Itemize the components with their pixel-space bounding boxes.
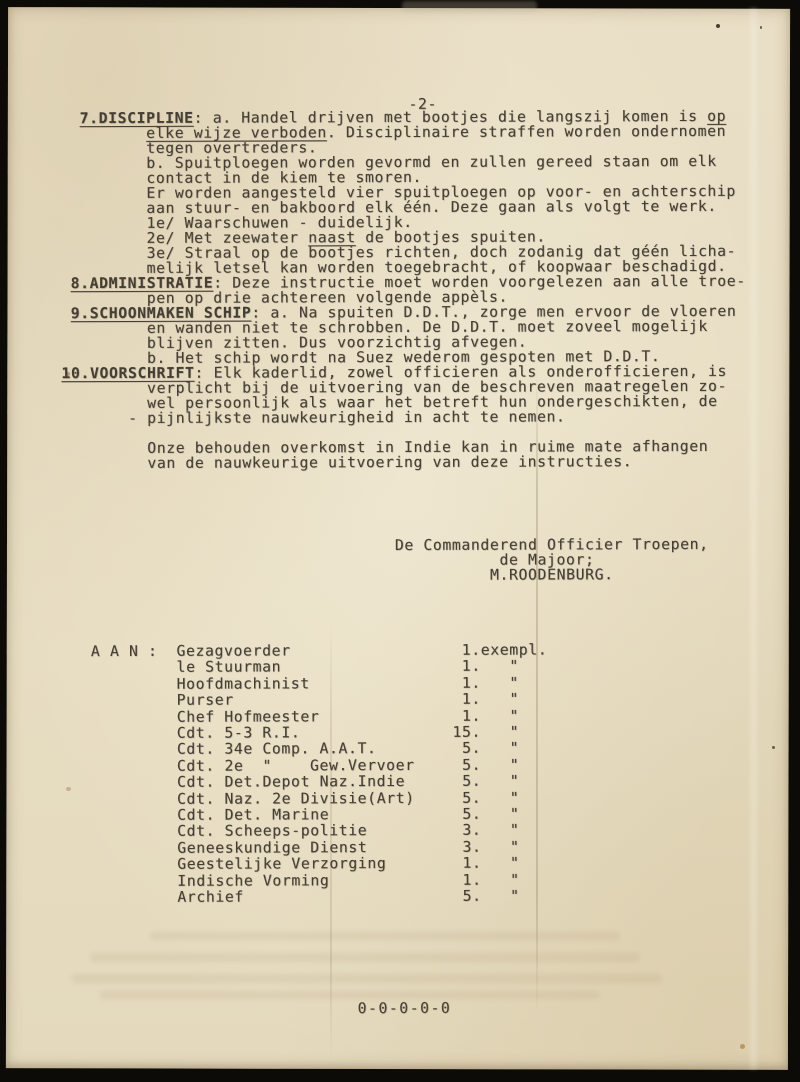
text-segment: . Disciplinaire straffen worden ondernom… [327,123,726,141]
scanned-document-page: { "page": { "paper_color": "#e8dec4", "i… [0,0,800,1082]
distribution-list: A A N : Gezagvoerder 1.exempl. le Stuurm… [62,642,548,906]
distribution-row: Archief 5. " [63,889,548,907]
signature-block: De Commanderend Officier Troepen, de Maj… [62,537,709,584]
text-line: elke wijze verboden. Disciplinaire straf… [61,124,746,141]
signature-line: M.ROODENBURG. [62,567,709,584]
end-of-document-mark: 0-0-0-0-0 [358,1000,452,1017]
document-content: -2- 7.DISCIPLINE: a. Handel drijven met … [0,0,800,1082]
text-line: van de nauwkeurige uitvoering van deze i… [62,454,747,471]
text-segment: - pijnlijkste nauwkeurigheid in acht te … [62,408,566,427]
body-text: 7.DISCIPLINE: a. Handel drijven met boot… [60,109,746,471]
text-segment: van de nauwkeurige uitvoering van deze i… [62,453,633,472]
